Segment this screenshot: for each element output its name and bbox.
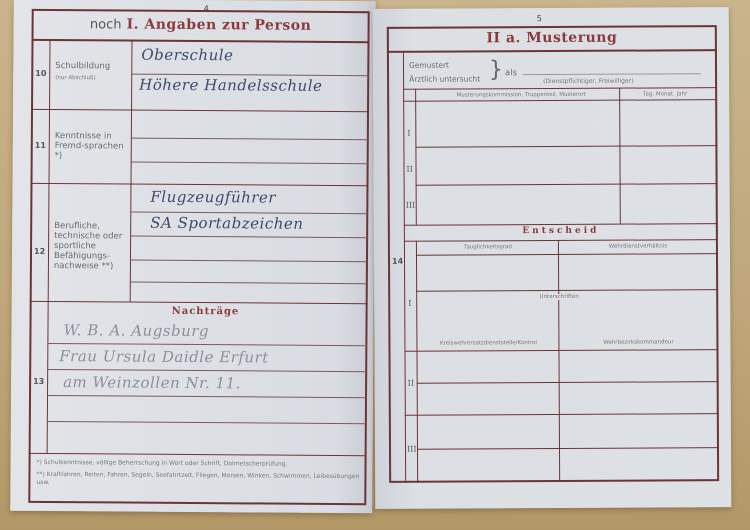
handwritten-entry: Frau Ursula Daidle Erfurt	[59, 347, 269, 366]
brace: }	[489, 56, 503, 84]
untersucht-label: Ärztlich untersucht	[409, 74, 480, 84]
row-roman: I	[407, 129, 410, 138]
service-header: Wehrdienstverhältnis	[560, 243, 716, 250]
section-number: 14	[392, 257, 403, 266]
row-roman: III	[407, 445, 417, 454]
row-roman: II	[408, 379, 414, 388]
nachtraege-title: Nachträge	[172, 306, 240, 317]
row-label: Berufliche, technische oder sportliche B…	[54, 221, 128, 272]
handwritten-entry: Höhere Handelsschule	[139, 76, 322, 95]
entscheid-title: Entscheid	[404, 225, 718, 237]
row-number: 12	[34, 247, 45, 256]
handwritten-entry: Oberschule	[141, 46, 233, 65]
date-header: Tag. Monat. Jahr	[621, 91, 709, 97]
left-page: 4 noch I. Angaben zur Person 10 Schulbil…	[10, 0, 376, 513]
header-prefix: noch	[90, 17, 122, 32]
header-title: II a. Musterung	[387, 29, 717, 47]
signature-left: Kreiswehrersatzdienststelle/Kontrol	[418, 340, 558, 347]
als-label: als	[505, 68, 517, 78]
row-number: 11	[35, 141, 46, 150]
fitness-header: Tauglichkeitsgrad	[418, 244, 558, 251]
handwritten-entry: SA Sportabzeichen	[150, 214, 303, 233]
page-number: 5	[537, 14, 542, 23]
row-sublabel: (nur Abschluß)	[55, 75, 95, 81]
gemustert-label: Gemustert	[409, 61, 449, 71]
row-roman: I	[408, 299, 411, 308]
row-label: Kenntnisse in Fremd-sprachen *)	[55, 131, 129, 162]
handwritten-entry: Flugzeugführer	[150, 188, 276, 207]
commission-header: Musterungskommission, Truppenteil, Muste…	[421, 92, 621, 99]
handwritten-entry: W. B. A. Augsburg	[63, 321, 209, 340]
header-title: I. Angaben zur Person	[127, 17, 312, 34]
row-roman: III	[406, 201, 416, 210]
footnote: **) Kraftfahren, Reiten, Fahren, Segeln,…	[36, 471, 362, 489]
signature-right: Wehrbezirkskommandeur	[560, 339, 716, 346]
als-hint: (Dienstpflichtiger, Freiwilliger)	[543, 78, 633, 85]
handwritten-entry: am Weinzollen Nr. 11.	[63, 373, 241, 392]
row-label: Schulbildung	[55, 61, 129, 72]
right-page: 5 II a. Musterung 14 Gemustert Ärztlich …	[373, 7, 732, 509]
row-number: 13	[33, 377, 44, 386]
row-number: 10	[35, 69, 46, 78]
row-roman: II	[407, 165, 413, 174]
signatures-label: Unterschriften	[514, 294, 604, 300]
